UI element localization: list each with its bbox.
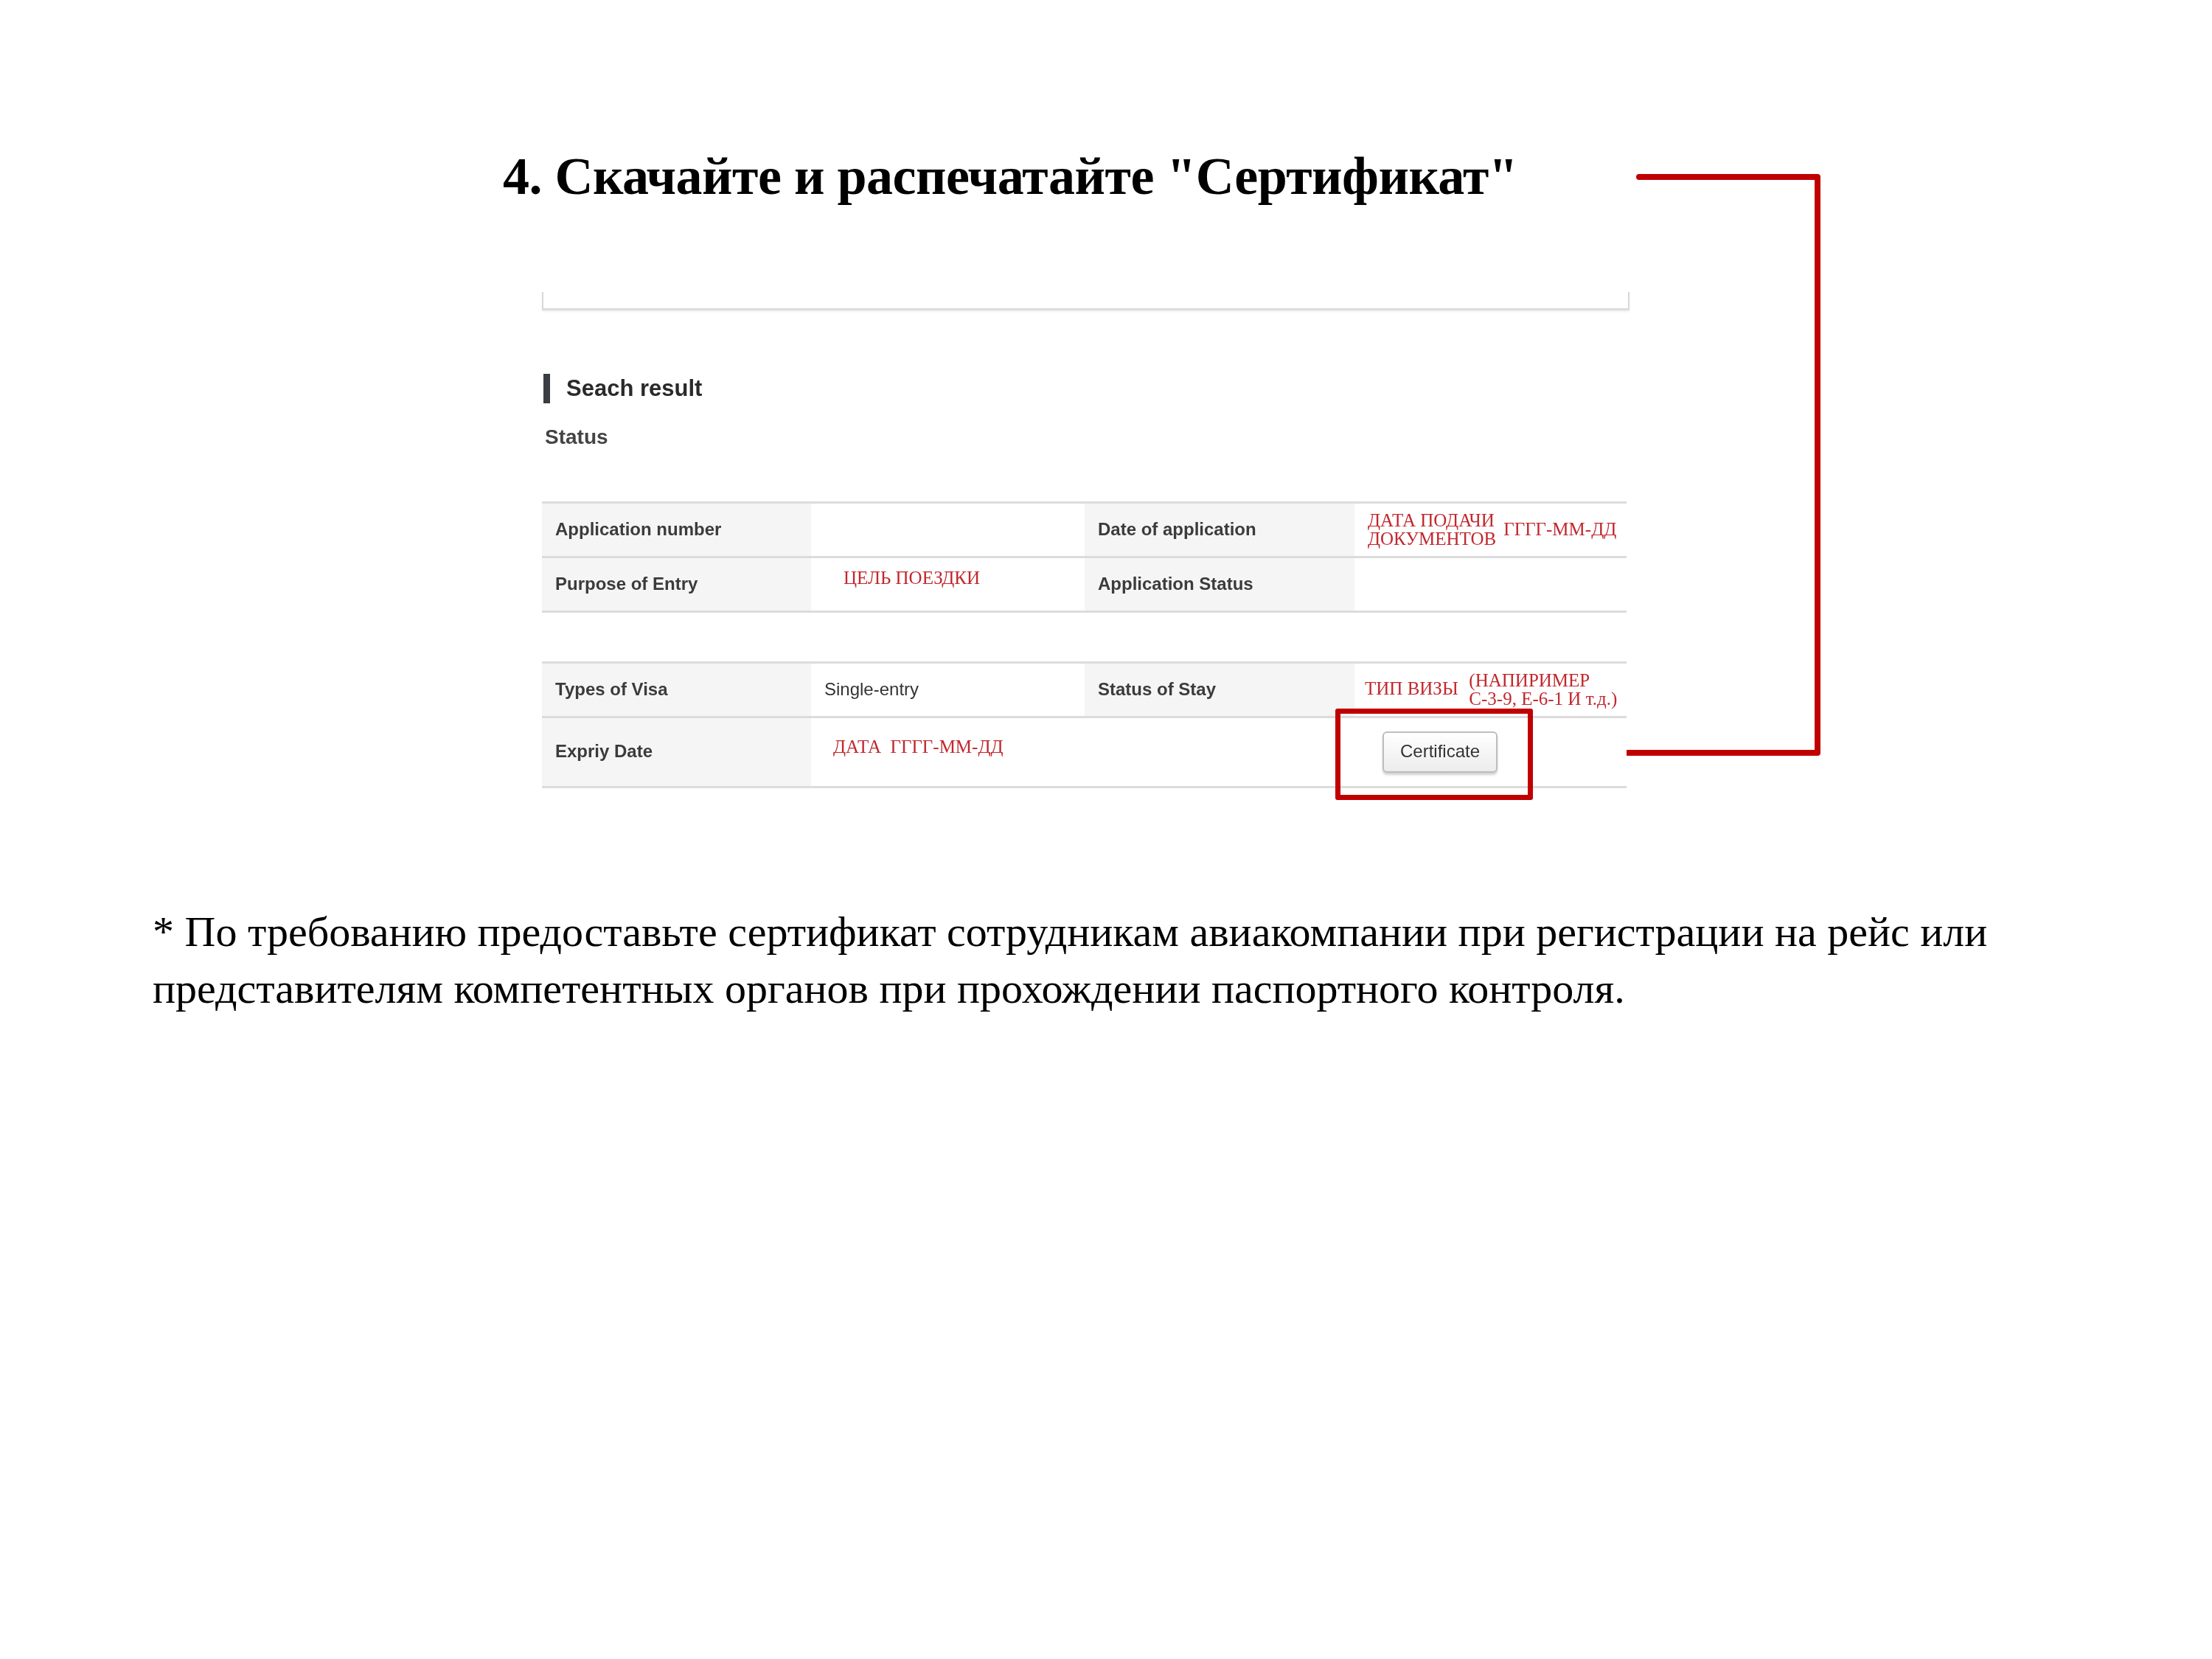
table-row: Application number Date of application Д… [542, 503, 1627, 557]
table-row: Purpose of Entry ЦЕЛЬ ПОЕЗДКИ Applicatio… [542, 557, 1627, 612]
section-header: Seach result [543, 372, 702, 405]
certificate-cell: Certificate [1354, 717, 1627, 787]
types-of-visa-label: Types of Visa [542, 663, 811, 717]
section-bar-icon [543, 374, 550, 403]
certificate-button[interactable]: Certificate [1382, 731, 1498, 773]
visa-example-note: (НАПИРИМЕР С-3-9, Е-6-1 И т.д.) [1469, 672, 1617, 709]
expiry-date-note: ДАТА ГГГГ-ММ-ДД [833, 737, 1004, 757]
note-line-2: ДОКУМЕНТОВ [1368, 529, 1496, 549]
purpose-note: ЦЕЛЬ ПОЕЗДКИ [844, 568, 980, 588]
table-row: Expriy Date ДАТА ГГГГ-ММ-ДД Certificate [542, 717, 1627, 787]
visa-details-table: Types of Visa Single-entry Status of Sta… [542, 661, 1627, 788]
section-title: Seach result [566, 375, 702, 402]
expiry-date-value: ДАТА ГГГГ-ММ-ДД [811, 717, 1085, 787]
types-of-visa-value: Single-entry [811, 663, 1085, 717]
annotation-arrow [0, 0, 2212, 1659]
slide-title: 4. Скачайте и распечатайте "Сертификат" [503, 146, 1517, 207]
note-line-1: ДАТА ПОДАЧИ [1368, 511, 1495, 531]
application-status-value [1354, 557, 1627, 612]
application-number-label: Application number [542, 503, 811, 557]
status-heading: Status [545, 425, 608, 449]
date-of-application-note: ДАТА ПОДАЧИ ДОКУМЕНТОВ [1368, 512, 1496, 549]
status-of-stay-label: Status of Stay [1085, 663, 1354, 717]
application-number-value [811, 503, 1085, 557]
purpose-of-entry-value: ЦЕЛЬ ПОЕЗДКИ [811, 557, 1085, 612]
date-format-note: ГГГГ-ММ-ДД [1503, 521, 1616, 539]
status-of-stay-value: ТИП ВИЗЫ (НАПИРИМЕР С-3-9, Е-6-1 И т.д.) [1354, 663, 1627, 717]
table-row: Types of Visa Single-entry Status of Sta… [542, 663, 1627, 717]
empty-label-cell [1085, 717, 1354, 787]
purpose-of-entry-label: Purpose of Entry [542, 557, 811, 612]
footnote: * По требованию предоставьте сертификат … [153, 903, 2084, 1017]
visa-type-note: ТИП ВИЗЫ [1365, 679, 1458, 699]
application-status-table: Application number Date of application Д… [542, 501, 1627, 613]
date-of-application-label: Date of application [1085, 503, 1354, 557]
note-line-1: (НАПИРИМЕР [1469, 671, 1590, 691]
date-of-application-value: ДАТА ПОДАЧИ ДОКУМЕНТОВ ГГГГ-ММ-ДД [1354, 503, 1627, 557]
application-status-label: Application Status [1085, 557, 1354, 612]
note-line-2: С-3-9, Е-6-1 И т.д.) [1469, 689, 1617, 709]
expiry-date-label: Expriy Date [542, 717, 811, 787]
search-form-panel-edge [542, 292, 1630, 310]
